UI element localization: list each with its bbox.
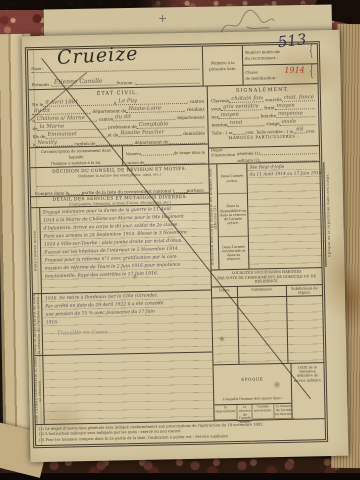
tirage-line-1: Numéro de tirage dans le bbox=[126, 146, 206, 157]
tirage-box: Numéro de tirage dans le canton de bbox=[123, 144, 209, 165]
epoque-col-3: l'armée territoriale. bbox=[253, 405, 275, 420]
tirage-label: de tirage dans le bbox=[174, 151, 205, 156]
surnom-value-blank bbox=[135, 83, 199, 85]
nom-row: Nom : Crueize bbox=[31, 47, 199, 74]
circonscription-box: Circonscription de recensement dans laqu… bbox=[30, 146, 123, 167]
matricule-number-handwritten: 513 bbox=[277, 30, 307, 51]
prenoms-label: Prénoms : bbox=[32, 82, 53, 87]
degre-label-2: d'instruction : bbox=[211, 153, 235, 162]
band-territoriale-label: Dans l'armée territoriale et dans sa rés… bbox=[34, 356, 43, 425]
classe-cell: Classe de mobilisation : { bbox=[243, 64, 317, 85]
pension-handwriting: 1916. Se retire à Bordeaux par la Côte (… bbox=[45, 290, 209, 327]
nom-label: Nom : bbox=[31, 66, 43, 71]
decision-section: DÉCISION DU CONSEIL DE RÉVISION ET MOTIF… bbox=[30, 164, 209, 195]
pencil-note: Travaille en Corse bbox=[57, 329, 108, 336]
matricule-label: Numéro matricule du recrutement : bbox=[245, 49, 307, 61]
surname-handwritten: Crueize bbox=[56, 43, 139, 70]
pencil-cross-mark: + bbox=[158, 12, 167, 25]
epoque-subtitle: à laquelle l'homme doit passer dans : bbox=[223, 396, 283, 401]
numero-liste-label: Numéro à la présente liste. bbox=[204, 60, 241, 72]
localites-title-2: PAR SUITE DE CHANGEMENTS DE DOMICILE OU … bbox=[217, 274, 316, 284]
band-disponibilite: Dans la disponibilité ou dans la réserve… bbox=[33, 289, 212, 355]
right-column: SIGNALEMENT. Cheveux châtain foncé , sou… bbox=[208, 84, 325, 421]
territoriale-blank-area bbox=[43, 352, 213, 424]
name-block: Nom : Crueize Prénoms : Étienne Camille … bbox=[28, 47, 204, 90]
epoque-col-1: la disponibilité. bbox=[214, 405, 238, 420]
localites-communes-cells bbox=[239, 297, 289, 364]
form-body: ÉTAT CIVIL. Né le 9 Avril 1881 à Le Puy … bbox=[29, 84, 325, 424]
surnom-label: Surnom : bbox=[116, 80, 135, 85]
epoque-main: ÉPOQUE à laquelle l'homme doit passer da… bbox=[214, 364, 293, 421]
militaire-label: militaire (2) bbox=[237, 158, 259, 162]
brace-glyph: { bbox=[309, 64, 313, 84]
band-territoriale: Dans l'armée territoriale et dans sa rés… bbox=[34, 351, 214, 425]
corps-affectation-section: Indication des corps auxquels les hommes… bbox=[209, 162, 321, 270]
epoque-col-2: la réserve de l'armée active. bbox=[238, 405, 253, 420]
bottom-edge bbox=[0, 473, 360, 480]
epoque-col-1-header: la disponibilité. bbox=[214, 405, 237, 420]
localites-section: LOCALITÉS SUCCESSIVES HABITÉES PAR SUITE… bbox=[212, 268, 324, 365]
service-record: Engagé volontaire pour la durée de la gu… bbox=[40, 204, 211, 293]
matricule-sheet: Nom : Crueize Prénoms : Étienne Camille … bbox=[22, 30, 349, 463]
epoque-repartition-label: Époque de la répartition dans ces corps. bbox=[327, 172, 333, 256]
corps-band-labels: Dans l'armée active. Dans la disponibili… bbox=[217, 164, 249, 270]
classe-mobilisation-handwritten: 1914 bbox=[284, 65, 305, 74]
localites-col-subdivision: Subdivision de région. bbox=[287, 285, 322, 296]
epoque-section: ÉPOQUE à laquelle l'homme doit passer da… bbox=[214, 362, 325, 420]
matricule-form: Nom : Crueize Prénoms : Étienne Camille … bbox=[27, 43, 326, 446]
corps-band-disponibilite: Dans la disponibilité ou dans la réserve… bbox=[218, 194, 248, 238]
corps-band-territoriale: Dans l'armée territoriale et dans sa rés… bbox=[219, 237, 249, 270]
degre-label-1: Degré bbox=[211, 148, 223, 152]
left-column: ÉTAT CIVIL. Né le 9 Avril 1881 à Le Puy … bbox=[29, 86, 215, 424]
localites-subdivision-cells bbox=[287, 296, 324, 363]
band-armee-active: Dans l'armée active. Engagé volontaire p… bbox=[31, 203, 211, 293]
band-armee-active-label: Dans l'armée active. bbox=[34, 229, 39, 271]
matricule-label-2: du recrutement : bbox=[245, 55, 278, 61]
epoque-title-word: ÉPOQUE bbox=[241, 376, 263, 381]
degre-label: Degré d'instruction : bbox=[211, 148, 237, 163]
pension-record: 1916. Se retire à Bordeaux par la Côte (… bbox=[42, 290, 212, 355]
epoque-columns: la disponibilité. la réserve de l'armée … bbox=[214, 404, 291, 421]
degre-values: générale (1) militaire (2) bbox=[237, 146, 317, 163]
tirage-line-2: canton de bbox=[126, 155, 206, 166]
classe-label-2: de mobilisation : bbox=[245, 75, 277, 81]
generale-label: générale (1) bbox=[237, 151, 260, 155]
register-scan: + Nom : Crueize Prénoms : Étienne Camill… bbox=[0, 0, 360, 480]
localites-col-communes: Communes. bbox=[238, 286, 287, 297]
circonscription-label-2: l'homme a satisfait à la loi. bbox=[51, 161, 101, 166]
corps-entries: 94e Régt d'Infie du 11 Août 1914 au 17 J… bbox=[247, 162, 325, 269]
corps-entry-2: du 11 Août 1914 au 17 Juin 1916 bbox=[250, 170, 322, 179]
circonscription-label-1: Circonscription de recensement dans laqu… bbox=[41, 149, 111, 160]
canton-de-label: canton de bbox=[126, 161, 145, 165]
localites-dates-cells bbox=[212, 298, 240, 365]
epoque-title: ÉPOQUE à laquelle l'homme doit passer da… bbox=[214, 364, 292, 406]
liberation-date-column: DATE de la libération définitive du serv… bbox=[291, 363, 324, 419]
band-disponibilite-label: Dans la disponibilité ou dans la réserve… bbox=[33, 294, 42, 355]
numero-liste-box: Numéro à la présente liste. bbox=[203, 46, 244, 86]
localites-empty-rows bbox=[212, 296, 323, 364]
service-handwriting: Engagé volontaire pour la durée de la gu… bbox=[43, 204, 208, 281]
brace-glyph: { bbox=[309, 44, 313, 64]
epoque-col-3-header: l'armée territoriale. bbox=[253, 405, 274, 420]
corps-band-active: Dans l'armée active. bbox=[217, 164, 247, 195]
numero-label: Numéro bbox=[126, 152, 141, 156]
